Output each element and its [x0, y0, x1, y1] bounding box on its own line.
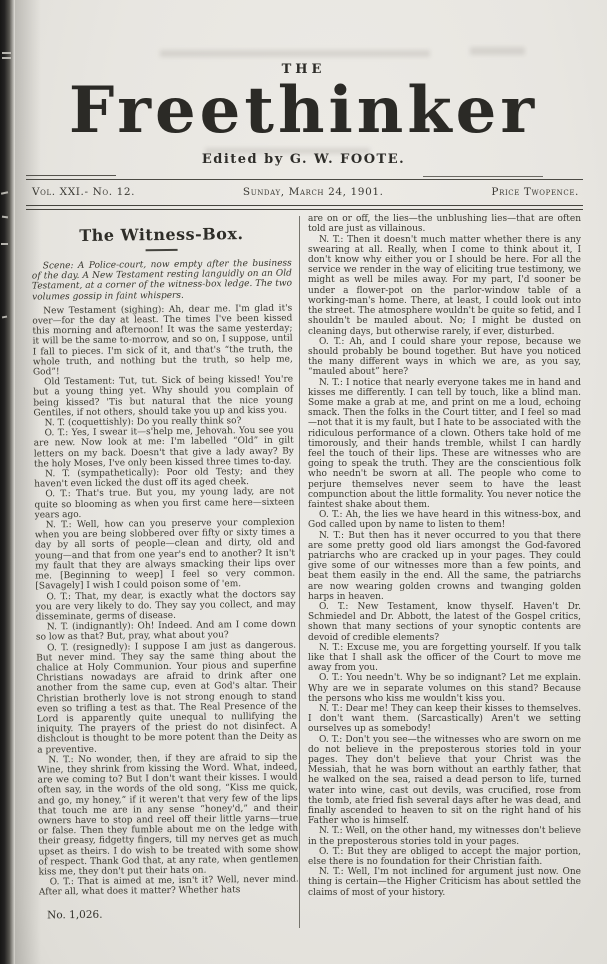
- dialogue-paragraph: O. T.: That's true. But you, my young la…: [34, 487, 294, 521]
- scene-description: Scene: A Police-court, now empty after t…: [32, 259, 292, 303]
- title-rule: [146, 249, 178, 251]
- edge-mark: [1, 243, 8, 245]
- dialogue-paragraph: N. T.: Well, on the other hand, my witne…: [308, 826, 581, 846]
- dialogue-paragraph: O. T.: Ah, and I could share your repose…: [308, 337, 581, 378]
- dialogue-paragraph: N. T.: Well, how can you preserve your c…: [35, 518, 296, 592]
- issue-line: Vol. XXI.- No. 12. Sunday, March 24, 190…: [32, 186, 579, 198]
- masthead-the: THE: [22, 0, 585, 77]
- dialogue-paragraph: O. T. (resignedly): I suppose I am just …: [36, 640, 297, 755]
- dialogue-paragraph: O. T.: Don't you see—the witnesses who a…: [308, 735, 581, 827]
- book-spine-shadow: [0, 0, 15, 964]
- left-column: The Witness-Box. Scene: A Police-court, …: [31, 213, 306, 938]
- dialogue-paragraph: N. T.: Well, I'm not inclined for argume…: [308, 867, 581, 898]
- dialogue-paragraph: N. T.: Excuse me, you are forgetting you…: [308, 643, 581, 674]
- issue-date: Sunday, March 24, 1901.: [135, 186, 491, 198]
- dialogue-paragraph: O. T.: But they are obliged to accept th…: [308, 847, 581, 867]
- dialogue-paragraph: N. T.: I notice that nearly everyone tak…: [308, 378, 581, 511]
- dialogue-paragraph: New Testament (sighing): Ah, dear me. I'…: [32, 304, 293, 378]
- right-column: are on or off, the lies—the unblushing l…: [300, 214, 581, 936]
- price: Price Twopence.: [491, 186, 579, 198]
- edge-mark: [2, 52, 11, 54]
- dialogue-paragraph: O. T.: That is aimed at me, isn't it? We…: [39, 875, 299, 898]
- dialogue-paragraph: N. T.: Then it doesn't much matter wheth…: [308, 235, 581, 337]
- page-content: THE Freethinker Edited by G. W. FOOTE. V…: [22, 0, 585, 964]
- masthead-editor-line: Edited by G. W. FOOTE.: [22, 152, 585, 167]
- article-columns: The Witness-Box. Scene: A Police-court, …: [32, 214, 581, 936]
- dialogue-paragraph: N. T.: But then has it never occurred to…: [308, 531, 581, 602]
- dialogue-paragraph: O. T.: That, my dear, is exactly what th…: [35, 589, 295, 623]
- issue-number: No. 1,026.: [39, 906, 299, 921]
- dialogue-paragraph: O. T.: You needn't. Why be so indignant?…: [308, 673, 581, 704]
- dialogue-paragraph: are on or off, the lies—the unblushing l…: [308, 214, 581, 234]
- dialogue-paragraph: Old Testament: Tut, tut. Sick of being k…: [33, 375, 293, 419]
- dialogue-paragraph: O. T.: Ah, the lies we have heard in thi…: [308, 510, 581, 530]
- header-rule: [26, 179, 583, 180]
- dialogue-paragraph: O. T.: New Testament, know thyself. Have…: [308, 602, 581, 643]
- newspaper-page: THE Freethinker Edited by G. W. FOOTE. V…: [0, 0, 607, 964]
- dialogue-paragraph: N. T.: Dear me! They can keep their kiss…: [308, 704, 581, 735]
- double-rule: [26, 205, 583, 210]
- dialogue-paragraph: N. T.: No wonder, then, if they are afra…: [37, 753, 298, 878]
- volume-number: Vol. XXI.- No. 12.: [32, 186, 135, 198]
- article-title: The Witness-Box.: [31, 224, 291, 246]
- dialogue-paragraph: O. T.: Yes, I swear it—s'help me, Jehova…: [34, 426, 294, 470]
- masthead: THE Freethinker Edited by G. W. FOOTE.: [22, 0, 585, 167]
- masthead-title: Freethinker: [22, 78, 585, 143]
